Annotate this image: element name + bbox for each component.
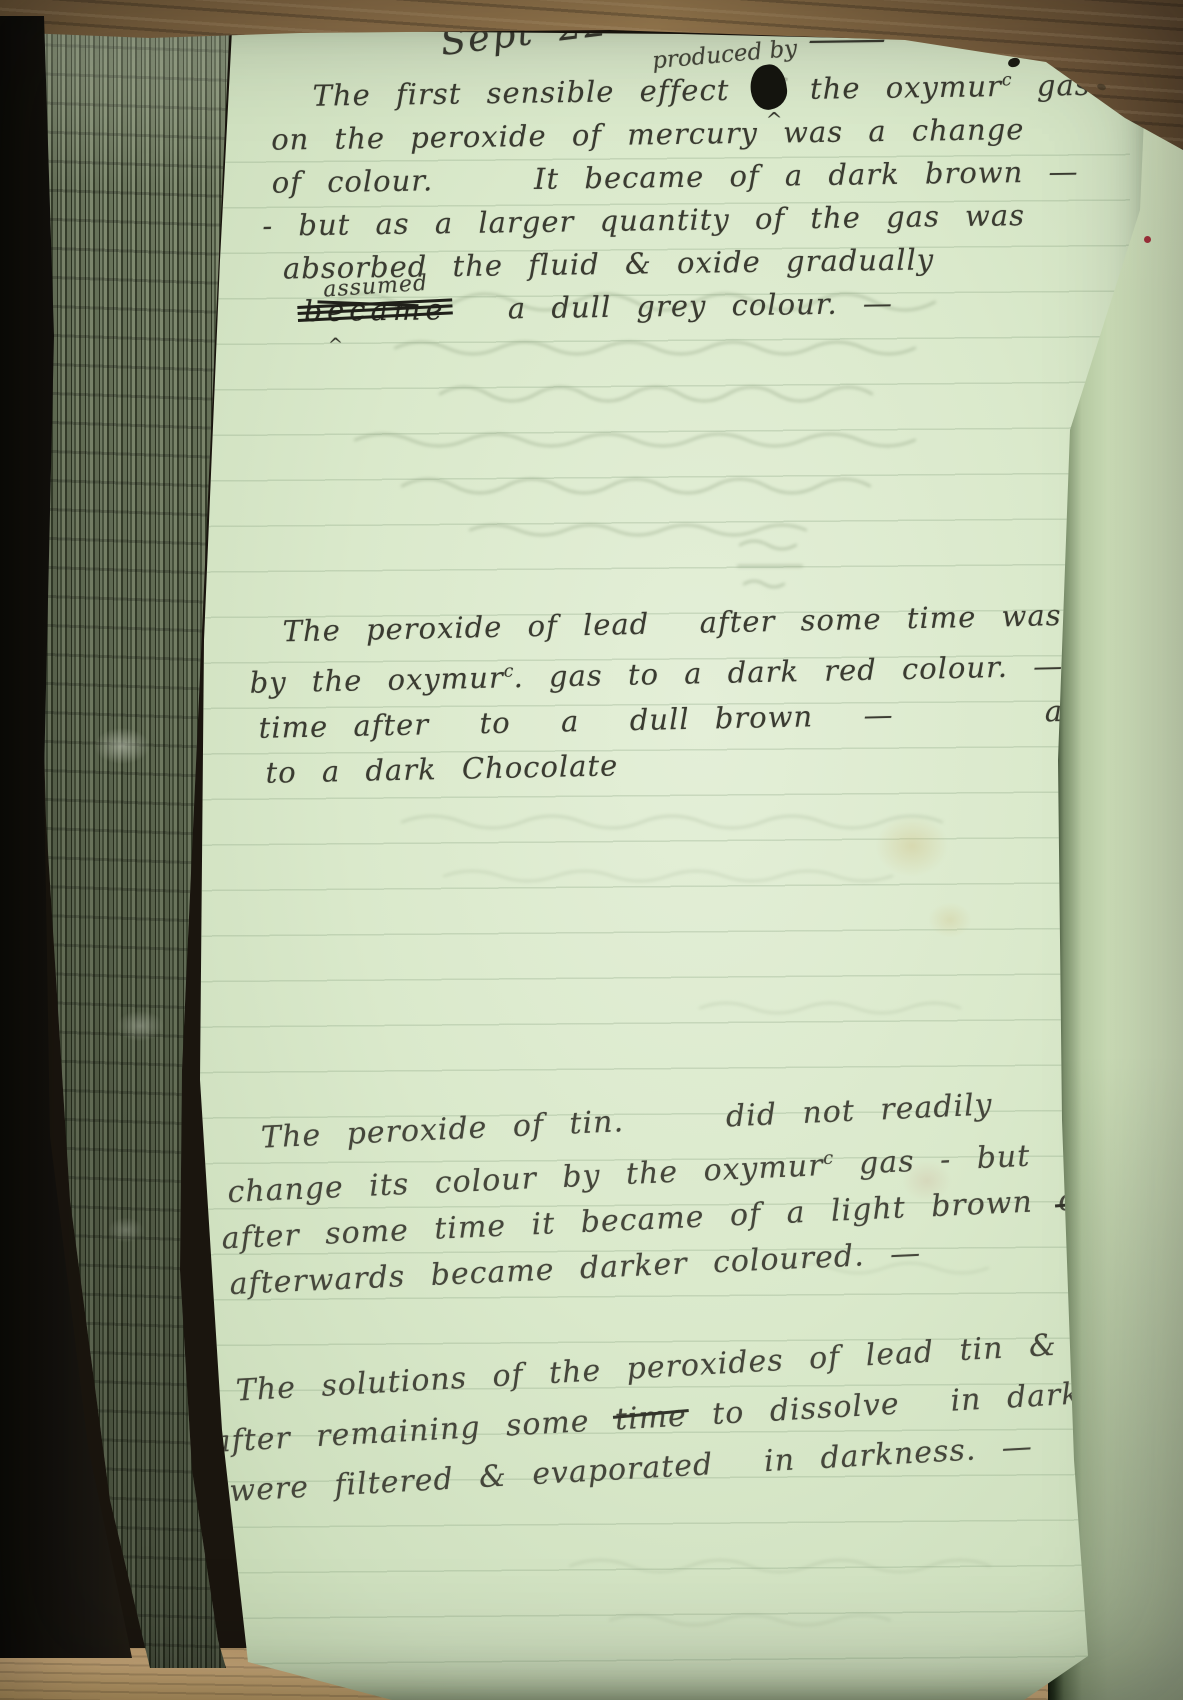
- text-run: gas - but: [833, 1139, 1031, 1183]
- paragraph-solutions-filtered: The solutions of the peroxides of lead t…: [203, 1312, 1183, 1518]
- manuscript-line: assumedbecame^ a dull grey colour. —: [303, 279, 1094, 333]
- text-run: by the oxymur: [249, 660, 504, 699]
- blotted-word: of: [754, 72, 785, 106]
- ink-blot: of^: [754, 68, 785, 111]
- insertion-caret: ^: [328, 323, 345, 366]
- superscript-c: c: [503, 662, 513, 682]
- superscript-c: c: [1002, 70, 1012, 90]
- insertion-caret: ^: [766, 98, 784, 141]
- correction-cluster: assumedbecame^: [303, 288, 448, 333]
- text-run: the oxymur: [785, 69, 1003, 106]
- text-run: The first sensible effect: [312, 73, 754, 113]
- text-run: a dull grey colour. —: [457, 286, 893, 326]
- red-speck: [1144, 236, 1151, 243]
- paragraph-peroxide-of-lead: The peroxide of lead after some time was…: [238, 590, 1183, 796]
- scribbled-out-word: became: [303, 288, 448, 333]
- stain: [875, 815, 949, 877]
- struck-word: time: [614, 1392, 689, 1446]
- photograph-frame: Septr 22d — produced by The first sensib…: [0, 0, 1183, 1700]
- stain: [928, 902, 972, 938]
- paragraph-peroxide-of-tin: The peroxide of tin. did not readily cha…: [214, 1075, 1174, 1309]
- notebook-page: Septr 22d — produced by The first sensib…: [140, 0, 1160, 1700]
- paragraph-peroxide-of-mercury: The first sensible effect of^ the oxymur…: [256, 58, 1094, 333]
